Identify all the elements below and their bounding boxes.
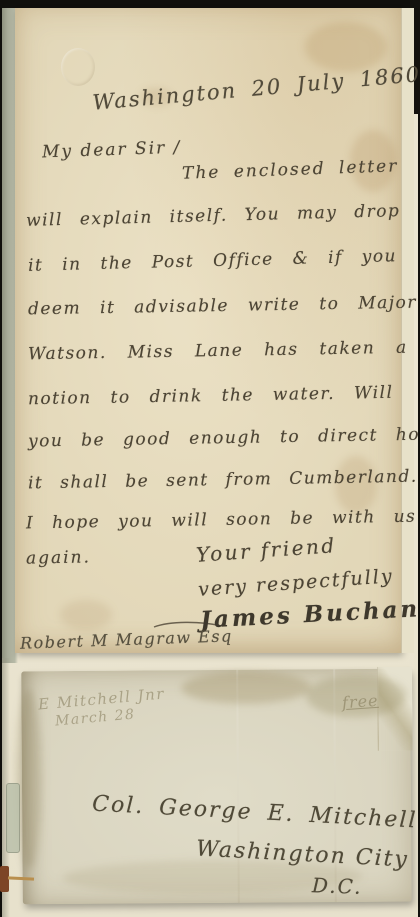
- stain: [60, 600, 112, 630]
- envelope-address-line: D.C.: [312, 873, 363, 899]
- tape-fragment: [6, 783, 20, 853]
- second-sheet-edge: [401, 8, 414, 653]
- letter-line: again.: [26, 547, 91, 568]
- embossed-seal: [61, 48, 95, 86]
- photograph: Washington 20 July 1860- My dear Sir / T…: [0, 0, 420, 917]
- stain: [305, 22, 387, 72]
- envelope-frank: free: [341, 691, 379, 713]
- stain: [181, 671, 311, 704]
